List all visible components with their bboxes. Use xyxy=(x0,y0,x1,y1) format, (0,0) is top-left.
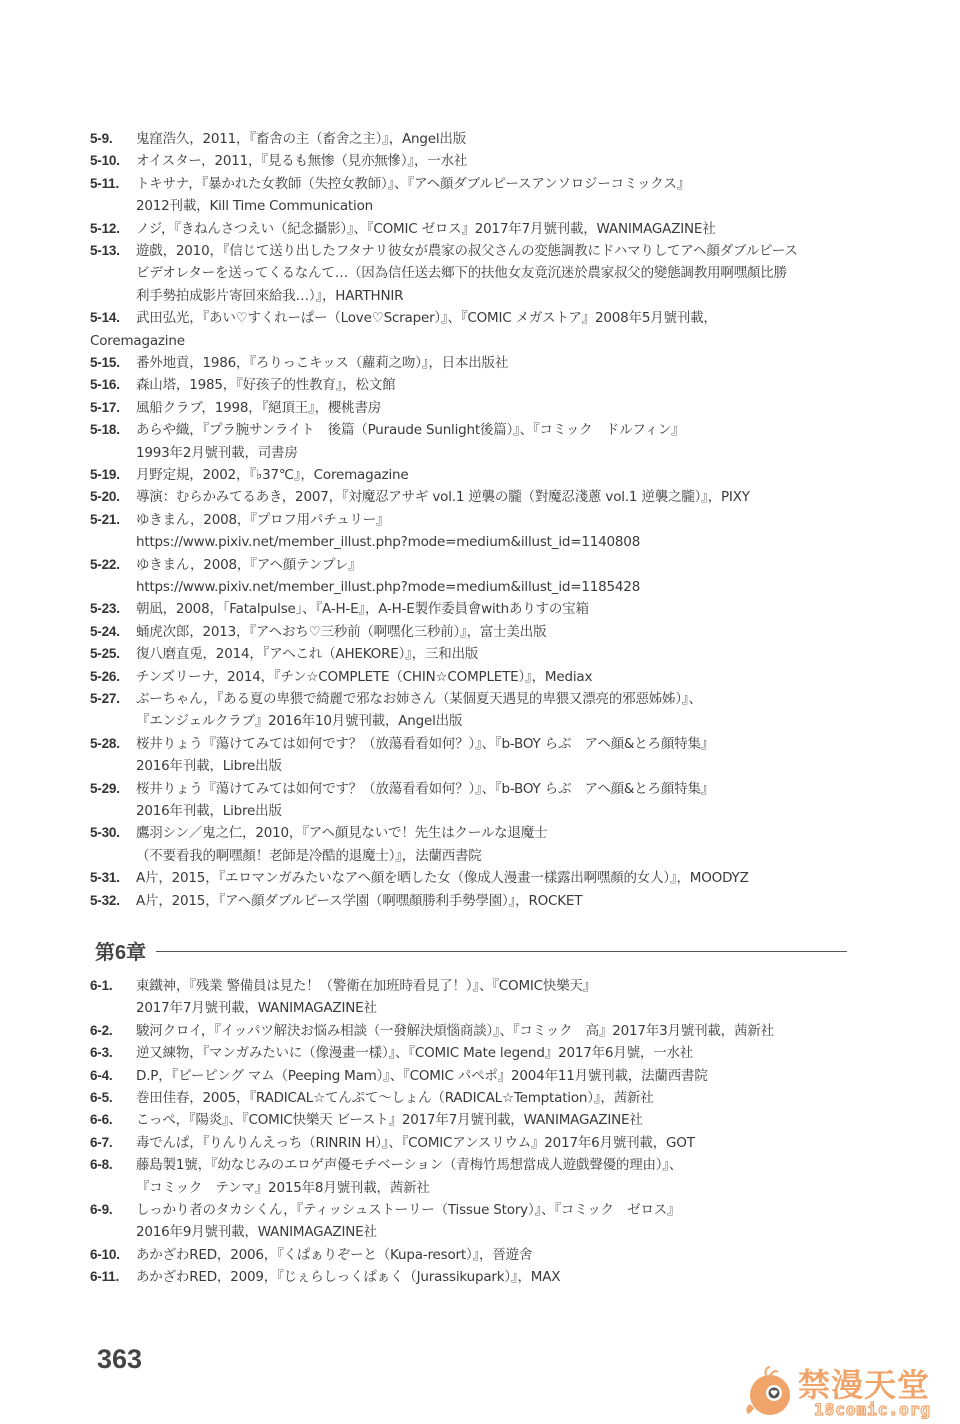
reference-text: 導演：むらかみてるあき，2007，『対魔忍アサギ vol.1 逆襲の朧（對魔忍淺… xyxy=(136,489,750,505)
reference-entry: 6-4.D.P，『ピーピング マム（Peeping Mam）』、『COMIC パ… xyxy=(90,1065,708,1087)
reference-entry: 5-17.風船クラブ，1998，『絕頂王』，櫻桃書房 xyxy=(90,397,381,419)
reference-text: 桜井りょう『蕩けてみては如何です？（放蕩看看如何？）』、『b-BOY らぶ アヘ… xyxy=(136,736,714,752)
reference-text: あかざわRED，2009，『じぇらしっくぱぁく（Jurassikupark）』，… xyxy=(136,1269,560,1285)
reference-number: 5-12. xyxy=(90,218,136,240)
reference-number: 6-11. xyxy=(90,1266,136,1288)
reference-text: 藤島製1號，『幼なじみのエロゲ声優モチベーション（青梅竹馬想當成人遊戲聲優的理由… xyxy=(136,1157,682,1173)
reference-entry: 5-10.オイスター，2011，『見るも無惨（見亦無慘）』，一水社 xyxy=(90,150,467,172)
reference-text: 月野定規，2002，『♭37℃』，Coremagazine xyxy=(136,467,408,483)
reference-text: こっぺ，『陽炎』、『COMIC快樂天 ビースト』2017年7月號刊載，WANIM… xyxy=(136,1112,643,1128)
reference-entry: 6-2.駿河クロイ，『イッパツ解決お悩み相談（一發解決煩惱商談）』、『コミック … xyxy=(90,1020,774,1042)
reference-continuation: （不要看我的啊嘿顏！老師是冷酷的退魔士）』，法蘭西書院 xyxy=(90,845,547,867)
reference-text: ゆきまん，2008，『アヘ顔テンプレ』 xyxy=(136,557,361,573)
reference-continuation: 1993年2月號刊載，司書房 xyxy=(90,442,684,464)
reference-entry: 6-8.藤島製1號，『幼なじみのエロゲ声優モチベーション（青梅竹馬想當成人遊戲聲… xyxy=(90,1154,682,1199)
chapter-title: 第6章 xyxy=(95,936,146,965)
reference-text: 朝凪，2008，「Fatalpulse」、『A-H-E』，A-H-E製作委員會w… xyxy=(136,601,589,617)
reference-number: 6-2. xyxy=(90,1020,136,1042)
reference-entry: 5-21.ゆきまん，2008，『プロフ用パチュリー』https://www.pi… xyxy=(90,509,640,554)
reference-entry: 5-14.武田弘光，『あい♡すくれーぱー（Love♡Scraper）』、『COM… xyxy=(90,307,717,352)
reference-entry: 5-32.A片，2015，『アヘ顔ダブルピース学園（啊嘿顏勝利手勢學園）』，RO… xyxy=(90,890,582,912)
reference-entry: 6-7.毒でんぱ，『りんりんえっち（RINRIN H）』、『COMICアンスリウ… xyxy=(90,1132,695,1154)
reference-text: 巻田佳春，2005，『RADICAL☆てんぷて〜しょん（RADICAL☆Temp… xyxy=(136,1090,654,1106)
reference-text: 番外地貢，1986，『ろりっこキッス（蘿莉之吻）』，日本出版社 xyxy=(136,355,508,371)
reference-entry: 5-30.鷹羽シン／鬼之仁，2010，『アヘ顔見ないで！先生はクールな退魔士（不… xyxy=(90,822,547,867)
reference-number: 5-22. xyxy=(90,554,136,576)
reference-number: 6-4. xyxy=(90,1065,136,1087)
reference-continuation: ビデオレターを送ってくるなんて…（因為信任送去鄉下的扶他女友竟沉迷於農家叔父的變… xyxy=(90,262,798,284)
reference-entry: 5-29.桜井りょう『蕩けてみては如何です？（放蕩看看如何？）』、『b-BOY … xyxy=(90,778,714,823)
reference-text: チンズリーナ，2014，『チン☆COMPLETE（CHIN☆COMPLETE）』… xyxy=(136,669,592,685)
reference-number: 5-11. xyxy=(90,173,136,195)
reference-entry: 6-3.逆又練物，『マンガみたいに（像漫畫一樣）』、『COMIC Mate le… xyxy=(90,1042,693,1064)
reference-continuation: 2016年刊載，Libre出版 xyxy=(90,800,714,822)
reference-number: 5-10. xyxy=(90,150,136,172)
reference-number: 5-31. xyxy=(90,867,136,889)
reference-entry: 5-20.導演：むらかみてるあき，2007，『対魔忍アサギ vol.1 逆襲の朧… xyxy=(90,486,750,508)
reference-continuation: Coremagazine xyxy=(90,330,717,352)
reference-continuation: 2017年7月號刊載，WANIMAGAZINE社 xyxy=(90,997,596,1019)
reference-number: 5-21. xyxy=(90,509,136,531)
reference-text: A片，2015，『エロマンガみたいなアヘ顔を晒した女（像成人漫畫一樣露出啊嘿顏的… xyxy=(136,870,749,886)
reference-text: 桜井りょう『蕩けてみては如何です？（放蕩看看如何？）』、『b-BOY らぶ アヘ… xyxy=(136,781,714,797)
reference-entry: 5-12.ノジ，『きねんさつえい（紀念攝影）』、『COMIC ゼロス』2017年… xyxy=(90,218,716,240)
reference-entry: 5-24.蛹虎次郎，2013，『アヘおち♡三秒前（啊嘿化三秒前）』，富士美出版 xyxy=(90,621,546,643)
reference-number: 5-28. xyxy=(90,733,136,755)
reference-number: 5-17. xyxy=(90,397,136,419)
reference-entry: 6-1.東鐵神，『残業 警備員は見た！（警衛在加班時看見了！）』、『COMIC快… xyxy=(90,975,596,1020)
reference-entry: 5-13.遊戲，2010，『信じて送り出したフタナリ彼女が農家の叔父さんの変態調… xyxy=(90,240,798,307)
reference-entry: 5-15.番外地貢，1986，『ろりっこキッス（蘿莉之吻）』，日本出版社 xyxy=(90,352,508,374)
reference-entry: 5-16.森山塔，1985，『好孩子的性教育』，松文館 xyxy=(90,374,395,396)
whale-mascot-icon xyxy=(744,1366,796,1418)
reference-text: 東鐵神，『残業 警備員は見た！（警衛在加班時看見了！）』、『COMIC快樂天』 xyxy=(136,978,596,994)
reference-text: ゆきまん，2008，『プロフ用パチュリー』 xyxy=(136,512,389,528)
reference-text: 蛹虎次郎，2013，『アヘおち♡三秒前（啊嘿化三秒前）』，富士美出版 xyxy=(136,624,546,640)
document-page: 5-9.鬼窪浩久，2011，『畜舎の主（畜舍之主）』，Angel出版5-10.オ… xyxy=(0,0,960,1424)
reference-number: 5-15. xyxy=(90,352,136,374)
chapter-divider xyxy=(156,951,847,952)
reference-entry: 6-11.あかざわRED，2009，『じぇらしっくぱぁく（Jurassikupa… xyxy=(90,1266,560,1288)
reference-url: https://www.pixiv.net/member_illust.php?… xyxy=(90,531,640,553)
reference-number: 5-30. xyxy=(90,822,136,844)
reference-entry: 5-9.鬼窪浩久，2011，『畜舎の主（畜舍之主）』，Angel出版 xyxy=(90,128,466,150)
reference-text: 駿河クロイ，『イッパツ解決お悩み相談（一發解決煩惱商談）』、『コミック 高』20… xyxy=(136,1023,774,1039)
reference-text: ぶーちゃん，『ある夏の卑猥で綺麗で邪なお姉さん（某個夏天遇見的卑猥又漂亮的邪惡姊… xyxy=(136,691,702,707)
reference-number: 6-5. xyxy=(90,1087,136,1109)
reference-entry: 5-25.復八磨直兎，2014，『アへこれ（AHEKORE）』，三和出版 xyxy=(90,643,478,665)
reference-text: 遊戲，2010，『信じて送り出したフタナリ彼女が農家の叔父さんの変態調教にドハマ… xyxy=(136,243,798,259)
chapter-6-heading: 第6章 xyxy=(95,936,847,964)
reference-text: A片，2015，『アヘ顔ダブルピース学園（啊嘿顏勝利手勢學園）』，ROCKET xyxy=(136,893,582,909)
reference-entry: 6-10.あかざわRED，2006，『くぱぁりぞーと（Kupa-resort）』… xyxy=(90,1244,532,1266)
reference-text: 毒でんぱ，『りんりんえっち（RINRIN H）』、『COMICアンスリウム』20… xyxy=(136,1135,695,1151)
reference-number: 6-10. xyxy=(90,1244,136,1266)
reference-number: 5-9. xyxy=(90,128,136,150)
reference-text: あらや織，『プラ腕サンライト 後篇（Puraude Sunlight後篇）』、『… xyxy=(136,422,684,438)
reference-number: 5-23. xyxy=(90,598,136,620)
reference-entry: 5-19.月野定規，2002，『♭37℃』，Coremagazine xyxy=(90,464,408,486)
reference-text: 復八磨直兎，2014，『アへこれ（AHEKORE）』，三和出版 xyxy=(136,646,478,662)
reference-text: トキサナ，『暴かれた女教師（失控女教師）』、『アヘ顔ダブルピースアンソロジーコミ… xyxy=(136,176,690,192)
reference-number: 6-6. xyxy=(90,1109,136,1131)
reference-entry: 5-18.あらや織，『プラ腕サンライト 後篇（Puraude Sunlight後… xyxy=(90,419,684,464)
reference-entry: 5-22.ゆきまん，2008，『アヘ顔テンプレ』https://www.pixi… xyxy=(90,554,640,599)
reference-number: 5-26. xyxy=(90,666,136,688)
reference-text: 逆又練物，『マンガみたいに（像漫畫一樣）』、『COMIC Mate legend… xyxy=(136,1045,693,1061)
reference-continuation: 利手勢拍成影片寄回來給我…）』，HARTHNIR xyxy=(90,285,798,307)
reference-text: あかざわRED，2006，『くぱぁりぞーと（Kupa-resort）』，晉遊舍 xyxy=(136,1247,532,1263)
reference-continuation: 『エンジェルクラブ』2016年10月號刊載，Angel出版 xyxy=(90,710,702,732)
reference-entry: 5-11.トキサナ，『暴かれた女教師（失控女教師）』、『アヘ顔ダブルピースアンソ… xyxy=(90,173,690,218)
page-number: 363 xyxy=(97,1344,142,1375)
reference-number: 5-18. xyxy=(90,419,136,441)
reference-text: 風船クラブ，1998，『絕頂王』，櫻桃書房 xyxy=(136,400,381,416)
reference-entry: 5-27.ぶーちゃん，『ある夏の卑猥で綺麗で邪なお姉さん（某個夏天遇見的卑猥又漂… xyxy=(90,688,702,733)
reference-number: 5-20. xyxy=(90,486,136,508)
reference-url: https://www.pixiv.net/member_illust.php?… xyxy=(90,576,640,598)
reference-entry: 5-31.A片，2015，『エロマンガみたいなアヘ顔を晒した女（像成人漫畫一樣露… xyxy=(90,867,749,889)
reference-number: 5-24. xyxy=(90,621,136,643)
reference-number: 6-1. xyxy=(90,975,136,997)
reference-entry: 6-5.巻田佳春，2005，『RADICAL☆てんぷて〜しょん（RADICAL☆… xyxy=(90,1087,654,1109)
reference-text: オイスター，2011，『見るも無惨（見亦無慘）』，一水社 xyxy=(136,153,467,169)
reference-text: しっかり者のタカシくん，『ティッシュストーリー（Tissue Story）』、『… xyxy=(136,1202,680,1218)
reference-number: 6-9. xyxy=(90,1199,136,1221)
reference-number: 5-27. xyxy=(90,688,136,710)
watermark-url: 18comic.org xyxy=(814,1400,931,1419)
reference-number: 6-8. xyxy=(90,1154,136,1176)
reference-number: 5-29. xyxy=(90,778,136,800)
reference-entry: 6-9.しっかり者のタカシくん，『ティッシュストーリー（Tissue Story… xyxy=(90,1199,680,1244)
reference-text: 鷹羽シン／鬼之仁，2010，『アヘ顔見ないで！先生はクールな退魔士 xyxy=(136,825,547,841)
reference-continuation: 2012刊載，Kill Time Communication xyxy=(90,195,690,217)
reference-number: 5-13. xyxy=(90,240,136,262)
reference-number: 6-3. xyxy=(90,1042,136,1064)
reference-continuation: 『コミック テンマ』2015年8月號刊載，茜新社 xyxy=(90,1177,682,1199)
reference-text: D.P，『ピーピング マム（Peeping Mam）』、『COMIC パペポ』2… xyxy=(136,1068,708,1084)
reference-entry: 5-28.桜井りょう『蕩けてみては如何です？（放蕩看看如何？）』、『b-BOY … xyxy=(90,733,714,778)
reference-number: 5-32. xyxy=(90,890,136,912)
reference-number: 5-16. xyxy=(90,374,136,396)
reference-entry: 6-6.こっぺ，『陽炎』、『COMIC快樂天 ビースト』2017年7月號刊載，W… xyxy=(90,1109,643,1131)
reference-text: 鬼窪浩久，2011，『畜舎の主（畜舍之主）』，Angel出版 xyxy=(136,131,466,147)
reference-continuation: 2016年刊載，Libre出版 xyxy=(90,755,714,777)
watermark-logo: 禁漫天堂 18comic.org xyxy=(744,1360,944,1422)
reference-number: 5-14. xyxy=(90,307,136,329)
reference-text: 武田弘光，『あい♡すくれーぱー（Love♡Scraper）』、『COMIC メガ… xyxy=(136,310,717,326)
reference-entry: 5-23.朝凪，2008，「Fatalpulse」、『A-H-E』，A-H-E製… xyxy=(90,598,589,620)
reference-text: 森山塔，1985，『好孩子的性教育』，松文館 xyxy=(136,377,395,393)
reference-number: 5-19. xyxy=(90,464,136,486)
reference-number: 5-25. xyxy=(90,643,136,665)
reference-continuation: 2016年9月號刊載，WANIMAGAZINE社 xyxy=(90,1221,680,1243)
reference-number: 6-7. xyxy=(90,1132,136,1154)
reference-text: ノジ，『きねんさつえい（紀念攝影）』、『COMIC ゼロス』2017年7月號刊載… xyxy=(136,221,716,237)
reference-entry: 5-26.チンズリーナ，2014，『チン☆COMPLETE（CHIN☆COMPL… xyxy=(90,666,592,688)
